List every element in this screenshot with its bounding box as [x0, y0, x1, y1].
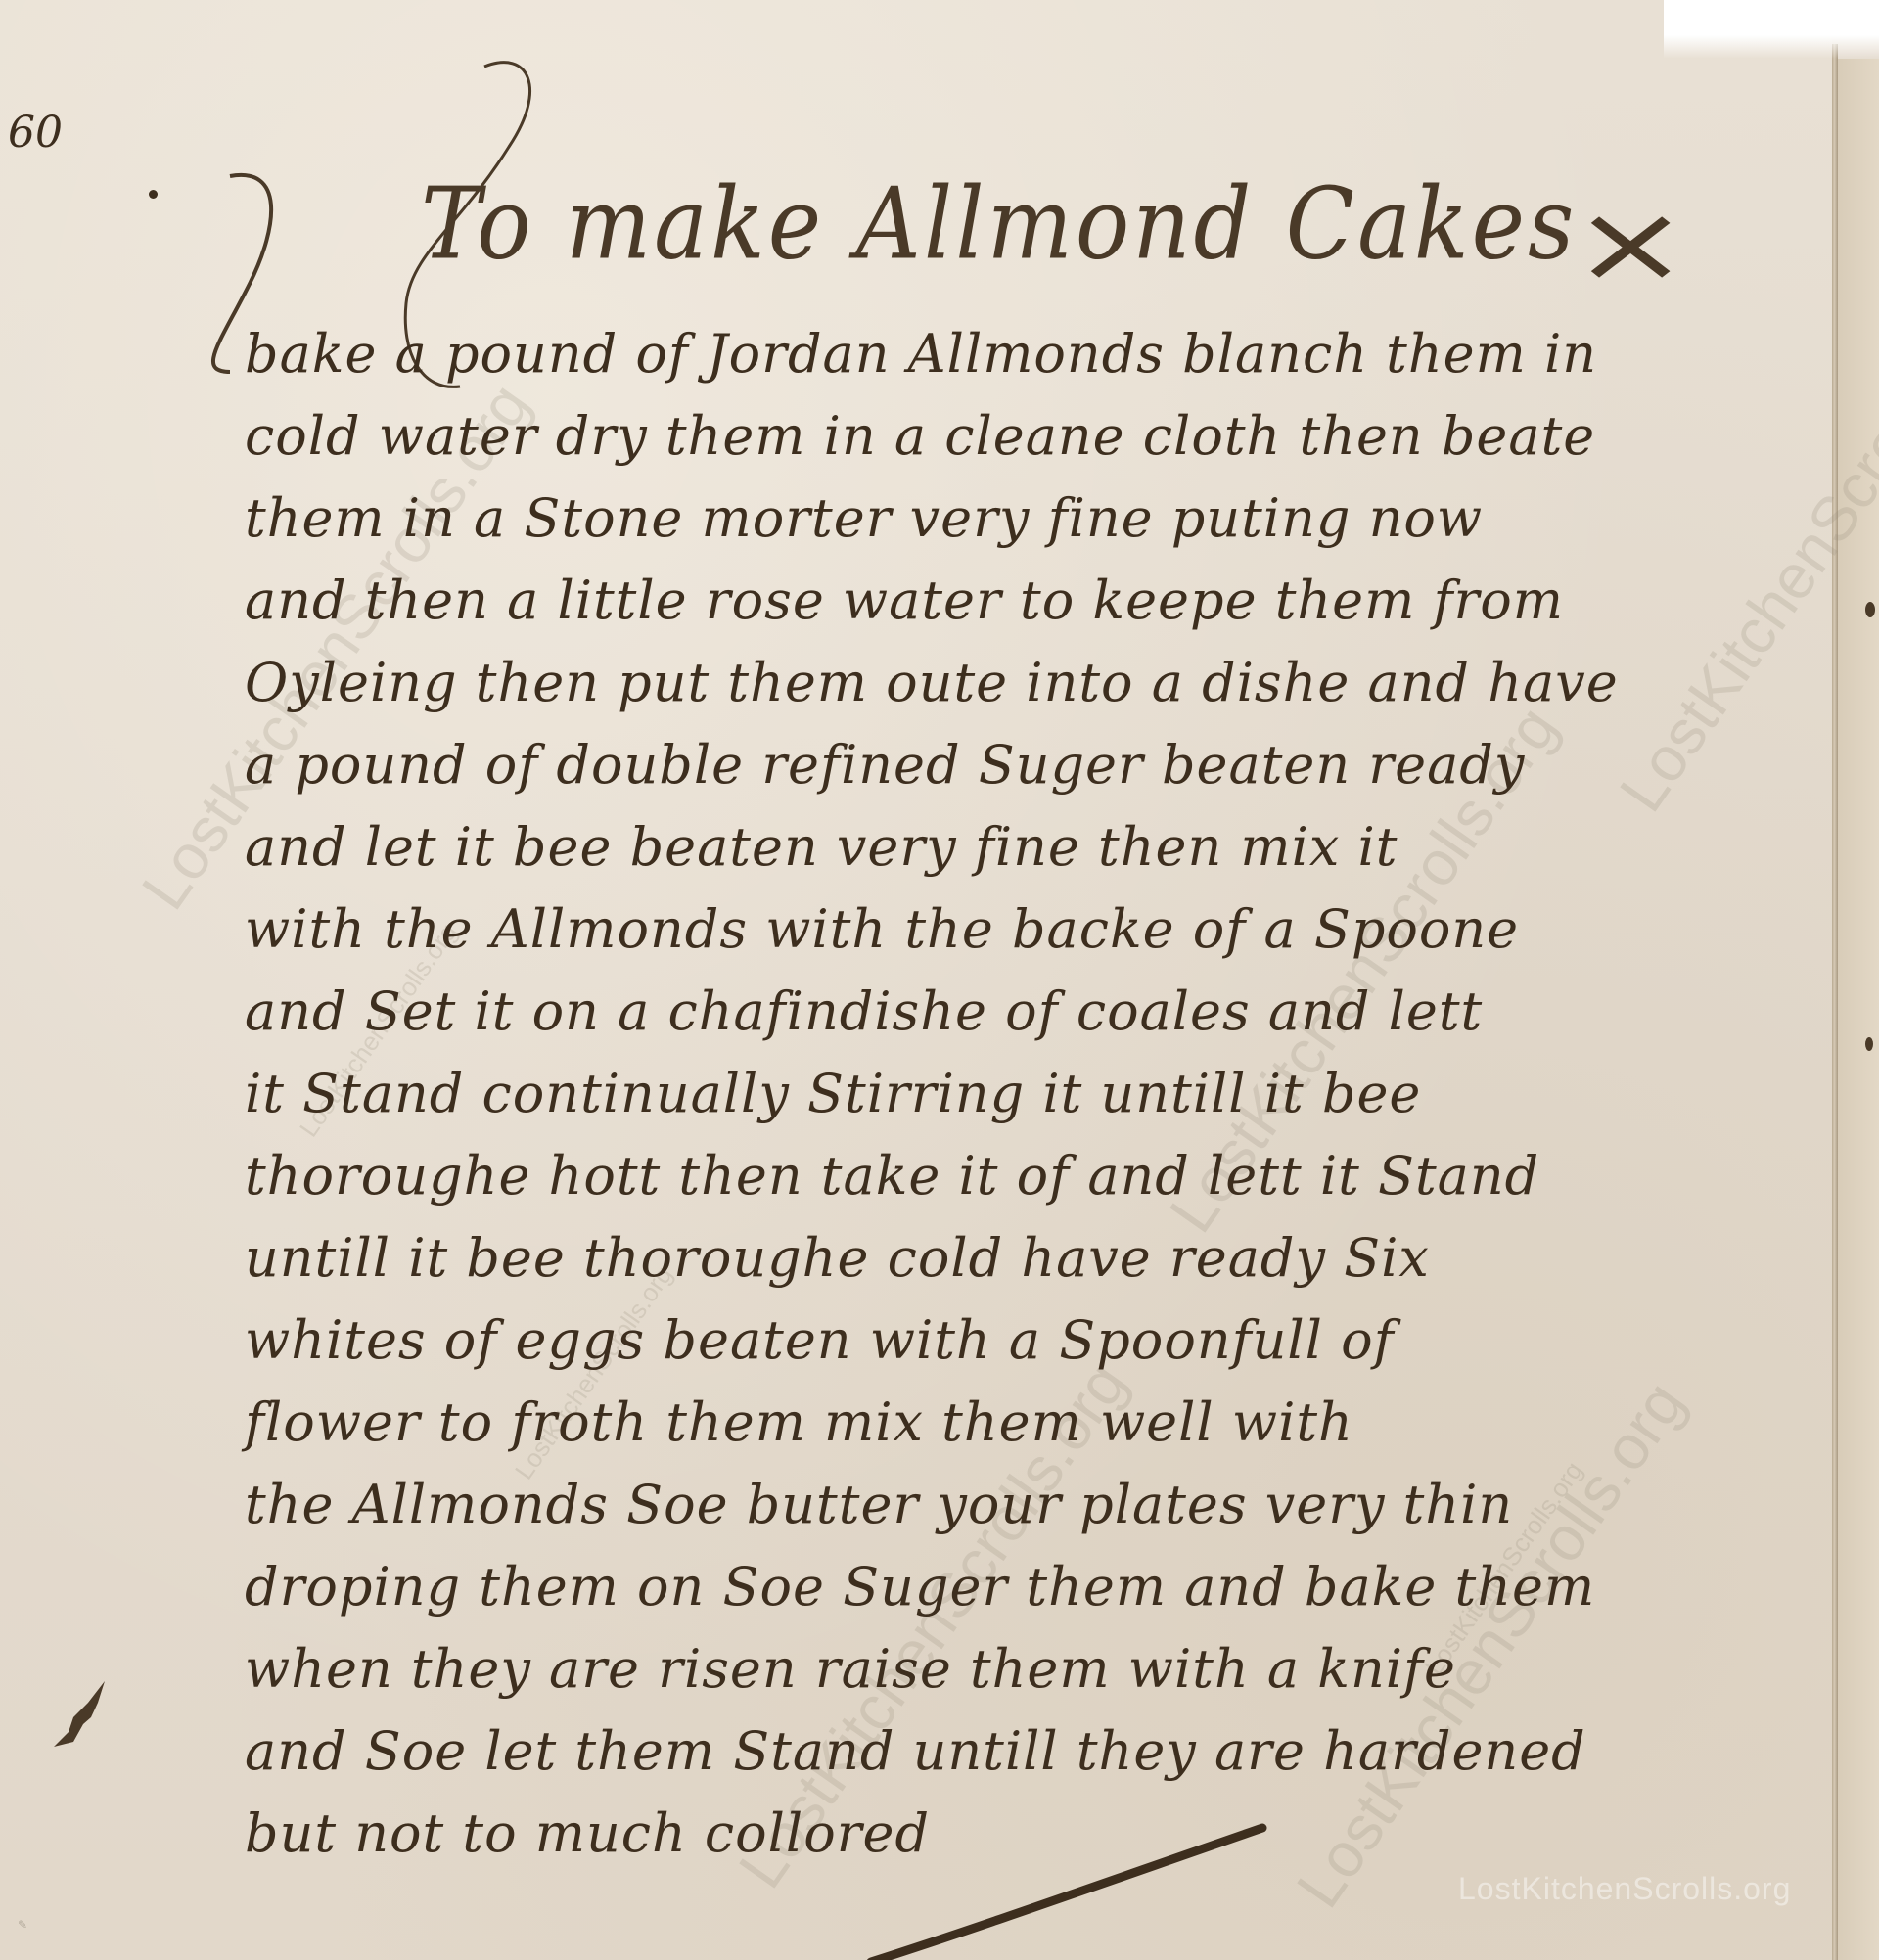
- recipe-body: bake a pound of Jordan Allmonds blanch t…: [245, 313, 1810, 1875]
- closing-pen-stroke-icon: [861, 1820, 1272, 1960]
- text-line: Oyleing then put them oute into a dishe …: [245, 642, 1810, 724]
- text-line: and then a little rose water to keepe th…: [245, 560, 1810, 642]
- edge-blot: [1865, 1037, 1873, 1051]
- recipe-title: To make Allmond Cakes: [421, 166, 1577, 282]
- text-line: when they are risen raise them with a kn…: [245, 1628, 1810, 1710]
- text-line: cold water dry them in a cleane cloth th…: [245, 395, 1810, 478]
- ink-blot-icon: [44, 1664, 113, 1752]
- text-line: it Stand continually Stirring it untill …: [245, 1053, 1810, 1135]
- text-line: flower to froth them mix them well with: [245, 1382, 1810, 1464]
- text-line: and Set it on a chafindishe of coales an…: [245, 971, 1810, 1053]
- text-line: a pound of double refined Suger beaten r…: [245, 724, 1810, 806]
- archive-stamp: ✎: [18, 1918, 27, 1932]
- text-line: droping them on Soe Suger them and bake …: [245, 1546, 1810, 1628]
- footer-watermark: LostKitchenScrolls.org: [1458, 1871, 1791, 1907]
- background-gap: [1664, 0, 1879, 59]
- adjacent-page-edge: [1838, 59, 1879, 1960]
- cross-mark-icon: ×: [1572, 181, 1689, 306]
- text-line: them in a Stone morter very fine puting …: [245, 478, 1810, 560]
- text-line: and let it bee beaten very fine then mix…: [245, 806, 1810, 889]
- edge-blot: [1865, 602, 1875, 617]
- text-line: thoroughe hott then take it of and lett …: [245, 1135, 1810, 1217]
- text-line: with the Allmonds with the backe of a Sp…: [245, 889, 1810, 971]
- text-line: whites of eggs beaten with a Spoonfull o…: [245, 1299, 1810, 1382]
- text-line: and Soe let them Stand untill they are h…: [245, 1710, 1810, 1793]
- text-line: the Allmonds Soe butter your plates very…: [245, 1464, 1810, 1546]
- text-line: bake a pound of Jordan Allmonds blanch t…: [245, 313, 1810, 395]
- text-line: untill it bee thoroughe cold have ready …: [245, 1217, 1810, 1299]
